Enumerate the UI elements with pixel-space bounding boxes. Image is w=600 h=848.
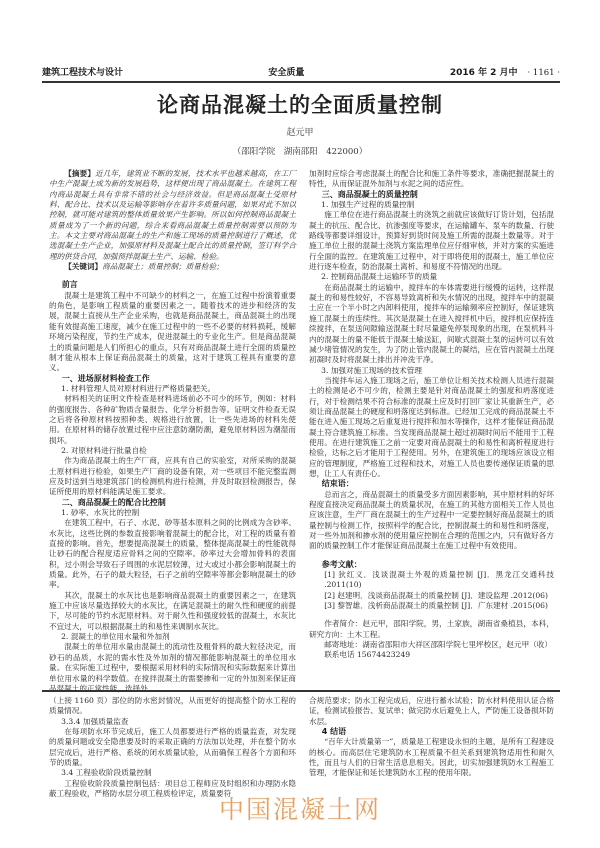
section-heading: 结束语： — [309, 479, 554, 489]
spacer — [309, 552, 554, 560]
section-name: 安全质量 — [268, 65, 304, 78]
page-number: · 1161 · — [528, 68, 560, 78]
paragraph: 混凝土是建筑工程中不可缺少的材料之一，在施工过程中扮演着重要的角色，是影响工程质… — [49, 291, 296, 374]
subsection-heading: 2. 对原材料进行批量自检 — [49, 446, 296, 456]
issue-date: 2016 年 2 月中 — [450, 68, 518, 78]
paragraph: 邮寄地址：湖南省邵阳市大祥区邵阳学院七里坪校区，赵元甲（收） — [309, 640, 554, 650]
subsection-heading: 2. 混凝土的单位用水量和外加剂 — [49, 632, 296, 642]
paragraph: 在商品混凝土的运输中，搅拌车的车体需要进行缓慢的运转，这样混凝土的和易性较好，不… — [309, 283, 554, 366]
affiliation: （邵阳学院 湖南邵阳 422000） — [0, 145, 600, 157]
continuation-right-body: 合规范要求；防水工程完成后，应进行蓄水试验；防水材料使用认证合格证，检测试验报告… — [309, 696, 554, 779]
paragraph: 总而言之，商品混凝土的质量受多方面因素影响，其中原材料的好坏程度直接决定商品混凝… — [309, 490, 554, 552]
header-rule — [42, 81, 560, 83]
reference-item: [2] 赵建明．浅谈商品混凝土的质量控制 [J]．建设监理 .2012(06) — [309, 591, 554, 601]
section-heading: 4 结语 — [309, 727, 554, 737]
subsection-heading: 1. 材料管理人员对原材料进行严格质量把关。 — [49, 384, 296, 394]
left-column: 【摘要】近几年，建筑业不断的发展，技术水平也越来越高，在工厂中生产混凝土成为新的… — [49, 169, 296, 694]
subsection-heading: 1. 加强生产过程的质量控制 — [309, 200, 554, 210]
section-heading: 二、商品混凝土的配合比控制 — [49, 498, 296, 508]
keywords-text: 商品混凝土；质量控制；质量检验； — [102, 262, 224, 271]
continuation-right-column: 合规范要求；防水工程完成后，应进行蓄水试验；防水材料使用认证合格证，检测试验报告… — [309, 696, 554, 779]
paragraph: 合规范要求；防水工程完成后，应进行蓄水试验；防水材料使用认证合格证，检测试验报告… — [309, 696, 554, 727]
subsection-heading: 3. 加强对施工现场的技术管理 — [309, 366, 554, 376]
subsection-heading: 3.3.4 加强质量监查 — [49, 717, 296, 727]
section-heading: 一、进场原材料检查工作 — [49, 374, 296, 384]
paragraph: （上接 1160 页）部位的防水密封情况，从而更好的提高整个防水工程的质量情况。 — [49, 696, 296, 717]
watermark: 中国混凝土网 — [0, 790, 600, 826]
abstract-label: 【摘要】 — [64, 169, 95, 178]
paragraph: 加剂时应综合考虑混凝土的配合比和施工条件等要求，准确把握混凝土的特性，从而保证混… — [309, 169, 554, 190]
reference-item: [3] 黎智雄．浅析商品混凝土的质量控制 [J]．广东建材 .2015(06) — [309, 601, 554, 611]
paragraph: 其次，混凝土的水灰比也是影响商品混凝土的重要因素之一，在建筑施工中应该尽量选择较… — [49, 591, 296, 632]
paragraph: 在每项防水环节完成后，施工人员都要进行严格的质量监查，对发现的质量问题或安全隐患… — [49, 727, 296, 768]
abstract-text: 近几年，建筑业不断的发展，技术水平也越来越高，在工厂中生产混凝土成为新的发展趋势… — [49, 169, 296, 261]
paragraph: 联系电话 15674423249 — [309, 650, 554, 660]
subsection-heading: 1. 砂率、水灰比的控制 — [49, 508, 296, 518]
article-title: 论商品混凝土的全面质量控制 — [0, 89, 600, 119]
section-heading: 参考文献： — [309, 560, 554, 570]
section-divider — [42, 690, 560, 692]
paragraph: 作者简介：赵元甲，邵阳学院，男，土家族，湖南省桑植县，本科，研究方向：土木工程。 — [309, 619, 554, 640]
paragraph: 混凝土的单位用水量由混凝土的流动性及粗骨料的最大粒径决定，而砂石的品质，水泥的需… — [49, 642, 296, 694]
subsection-heading: 3.4 工程验收阶段质量控制 — [49, 768, 296, 778]
author: 赵元甲 — [0, 125, 600, 138]
keywords: 【关键词】商品混凝土；质量控制；质量检验； — [49, 262, 296, 272]
keywords-label: 【关键词】 — [64, 262, 102, 271]
right-column: 加剂时应综合考虑混凝土的配合比和施工条件等要求，准确把握混凝土的特性，从而保证混… — [309, 169, 554, 661]
continuation-left-body: （上接 1160 页）部位的防水密封情况，从而更好的提高整个防水工程的质量情况。… — [49, 696, 296, 799]
paragraph: 施工单位在进行商品混凝土的浇筑之前就应该做好订货计划，包括混凝土的抗压、配合比、… — [309, 210, 554, 272]
paragraph: “百年大计质量第一”，质量是工程建设永恒的主题，是所有工程建设的核心。而高层住宅… — [309, 737, 554, 778]
issue-info: 2016 年 2 月中· 1161 · — [450, 65, 560, 78]
left-body: 前言混凝土是建筑工程中不可缺少的材料之一，在施工过程中扮演着重要的角色，是影响工… — [49, 280, 296, 694]
section-heading: 三、商品混凝土的质量控制 — [309, 190, 554, 200]
paragraph: 作为商品混凝土的生产厂商，应具有自己的实验室，对所采购的混凝土原材料进行检验，如… — [49, 456, 296, 497]
continuation-left-column: （上接 1160 页）部位的防水密封情况，从而更好的提高整个防水工程的质量情况。… — [49, 696, 296, 799]
subsection-heading: 2. 控制商品混凝土运输环节的质量 — [309, 272, 554, 282]
running-header: 建筑工程技术与设计 安全质量 2016 年 2 月中· 1161 · — [42, 62, 560, 78]
abstract: 【摘要】近几年，建筑业不断的发展，技术水平也越来越高，在工厂中生产混凝土成为新的… — [49, 169, 296, 262]
paragraph: 当搅拌车运入施工现场之后，施工单位让相关技术检测人员进行混凝土的检测是必不可少的… — [309, 376, 554, 479]
journal-name: 建筑工程技术与设计 — [42, 65, 123, 78]
paragraph: 在建筑工程中，石子、水泥、砂等基本原料之间的比例成为含砂率、水灰比，这些比例的参… — [49, 518, 296, 590]
spacer — [49, 272, 296, 280]
section-heading: 前言 — [49, 280, 296, 290]
right-body: 加剂时应综合考虑混凝土的配合比和施工条件等要求，准确把握混凝土的特性，从而保证混… — [309, 169, 554, 661]
paragraph: 材料相关的证明文件检查是材料进场前必不可少的环节，例如：材料的强度报告、各种矿物… — [49, 394, 296, 446]
reference-item: [1] 狄红义．浅谈混凝土外观的质量控制 [J]．黑龙江交通科技 .2011(1… — [309, 570, 554, 591]
